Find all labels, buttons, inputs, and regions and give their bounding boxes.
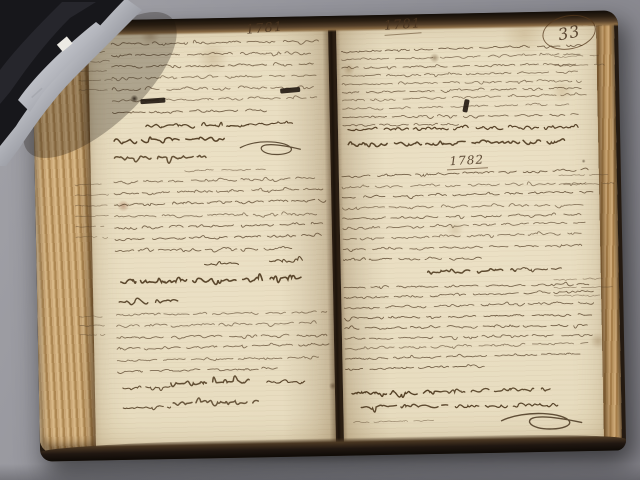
right-page-year-header: 1781	[383, 16, 421, 36]
handwriting-paragraph-line	[342, 202, 583, 212]
year-heading-1782: 1782	[446, 152, 487, 170]
handwriting-paragraph-line	[343, 212, 581, 221]
document-clamp	[0, 0, 340, 230]
handwriting-signature	[441, 387, 550, 393]
handwriting-paragraph-line	[343, 112, 579, 121]
handwriting-signature	[361, 404, 448, 413]
handwriting-paragraph-line	[117, 342, 329, 350]
handwriting-signature	[269, 256, 302, 262]
handwriting-paragraph-line	[117, 356, 318, 363]
handwriting-signature	[171, 376, 250, 387]
handwriting-paragraph-line	[343, 255, 481, 262]
photo-viewport: 1781 1781 33 1782	[0, 0, 640, 480]
handwriting-paragraph-line	[345, 312, 592, 321]
handwriting-signature	[455, 402, 558, 408]
handwriting-paragraph-line	[345, 321, 588, 332]
handwriting-margin-note-line	[554, 286, 613, 288]
handwriting-signature	[428, 268, 516, 274]
handwriting-paragraph-line	[344, 290, 593, 299]
handwriting-margin-note-line	[354, 420, 434, 423]
handwriting-paragraph-line	[117, 333, 327, 341]
handwriting-paragraph-line	[343, 123, 459, 128]
handwriting-paragraph-line	[342, 93, 586, 102]
handwriting-signature	[121, 273, 301, 286]
handwriting-signature	[204, 261, 238, 265]
handwriting-margin-note-line	[80, 325, 105, 327]
handwriting-signature	[119, 297, 178, 305]
handwriting-margin-note-line	[555, 55, 599, 58]
handwriting-margin-note-line	[80, 334, 105, 336]
handwriting-paragraph-line	[342, 168, 588, 178]
handwriting-paragraph-line	[343, 231, 581, 241]
handwriting-paragraph-line	[342, 52, 581, 60]
handwriting-signature	[173, 397, 258, 407]
handwriting-paragraph-line	[342, 78, 581, 87]
handwriting-paragraph-line	[344, 282, 589, 290]
handwriting-paragraph-line	[342, 190, 593, 200]
handwriting-margin-note-line	[559, 174, 608, 176]
handwriting-paragraph-line	[346, 364, 485, 370]
handwriting-paragraph-line	[343, 221, 585, 229]
handwriting-paragraph-line	[345, 333, 592, 342]
handwriting-signature	[517, 267, 562, 272]
handwriting-paragraph-line	[345, 352, 580, 360]
handwriting-margin-note-line	[76, 236, 108, 239]
handwriting-margin-note-line	[79, 316, 102, 318]
handwriting-margin-note-line	[554, 278, 603, 281]
handwriting-signature	[352, 390, 440, 399]
handwriting-paragraph-line	[115, 245, 292, 254]
handwriting-signature	[123, 406, 170, 411]
handwriting-paragraph-line	[117, 321, 317, 330]
handwriting-paragraph-line	[115, 233, 321, 241]
handwriting-paragraph-line	[342, 86, 581, 94]
handwriting-paragraph-line	[345, 342, 588, 351]
handwriting-paragraph-line	[116, 310, 326, 318]
handwriting-paragraph-line	[342, 62, 576, 71]
handwriting-paragraph-line	[341, 44, 582, 53]
handwriting-signature	[267, 379, 305, 384]
handwriting-paragraph-line	[342, 70, 578, 78]
handwriting-paragraph-line	[343, 103, 569, 111]
handwriting-signature	[348, 138, 564, 148]
handwriting-notary-flourish	[501, 413, 581, 430]
handwriting-paragraph-line	[344, 300, 593, 309]
handwriting-signature	[123, 385, 170, 391]
handwriting-paragraph-line	[342, 181, 586, 190]
page-number: 33	[556, 21, 582, 44]
handwriting-paragraph-line	[343, 243, 582, 251]
handwriting-margin-note-line	[554, 294, 599, 297]
handwriting-paragraph-line	[118, 367, 278, 374]
